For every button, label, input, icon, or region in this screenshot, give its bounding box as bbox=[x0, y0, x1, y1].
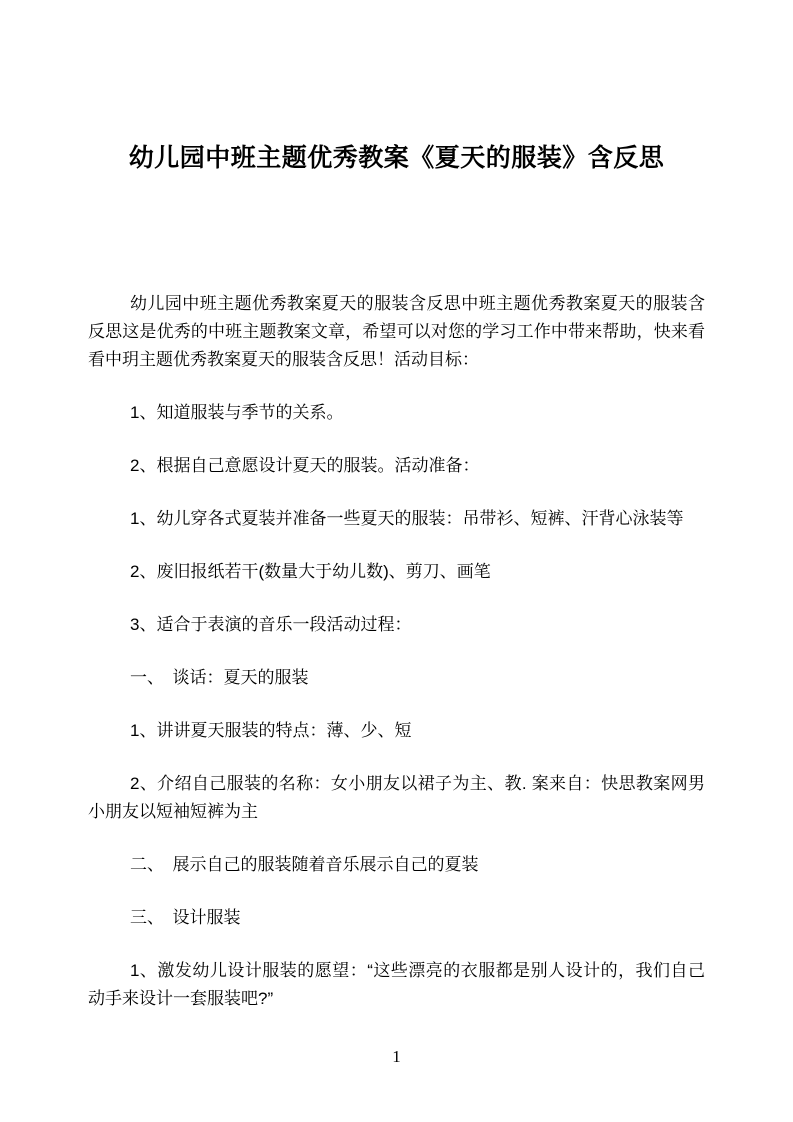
paragraph-section-1-item-2: 2、介绍自己服装的名称：女小朋友以裙子为主、教. 案来自：快思教案网男小朋友以短… bbox=[88, 770, 705, 826]
paragraph-section-1: 一、 谈话：夏天的服装 bbox=[88, 664, 705, 692]
paragraph-prep-3: 3、适合于表演的音乐一段活动过程： bbox=[88, 611, 705, 639]
document-title: 幼儿园中班主题优秀教案《夏天的服装》含反思 bbox=[88, 142, 705, 175]
document-page: 幼儿园中班主题优秀教案《夏天的服装》含反思 幼儿园中班主题优秀教案夏天的服装含反… bbox=[0, 0, 793, 1122]
paragraph-intro: 幼儿园中班主题优秀教案夏天的服装含反思中班主题优秀教案夏天的服装含反思这是优秀的… bbox=[88, 290, 705, 374]
paragraph-section-1-item-1: 1、讲讲夏天服装的特点：薄、少、短 bbox=[88, 717, 705, 745]
paragraph-section-3-item-1: 1、激发幼儿设计服装的愿望：“这些漂亮的衣服都是别人设计的，我们自己动手来设计一… bbox=[88, 957, 705, 1013]
page-number: 1 bbox=[0, 1046, 793, 1068]
paragraph-prep-1: 1、幼儿穿各式夏装并准备一些夏天的服装：吊带衫、短裤、汗背心泳装等 bbox=[88, 505, 705, 533]
paragraph-section-2: 二、 展示自己的服装随着音乐展示自己的夏装 bbox=[88, 851, 705, 879]
paragraph-prep-2: 2、废旧报纸若干(数量大于幼儿数)、剪刀、画笔 bbox=[88, 558, 705, 586]
document-content: 幼儿园中班主题优秀教案《夏天的服装》含反思 幼儿园中班主题优秀教案夏天的服装含反… bbox=[0, 0, 793, 1013]
paragraph-section-3: 三、 设计服装 bbox=[88, 904, 705, 932]
paragraph-goal-1: 1、知道服装与季节的关系。 bbox=[88, 399, 705, 427]
paragraph-goal-2: 2、根据自己意愿设计夏天的服装。活动准备： bbox=[88, 452, 705, 480]
